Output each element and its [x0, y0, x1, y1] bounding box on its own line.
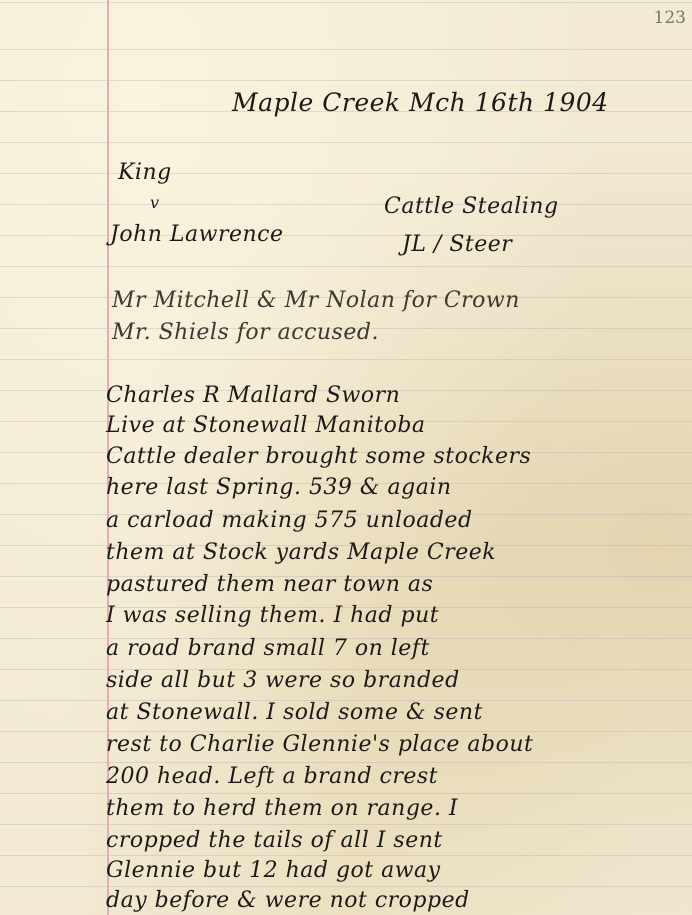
testimony-line: I was selling them. I had put [106, 603, 439, 628]
case-defendant: John Lawrence [110, 222, 284, 247]
testimony-line: them to herd them on range. I [106, 796, 458, 821]
testimony-line: a road brand small 7 on left [106, 636, 430, 661]
testimony-line: Glennie but 12 had got away [106, 858, 441, 883]
case-plaintiff: King [118, 160, 172, 185]
case-charge: Cattle Stealing [384, 194, 559, 219]
counsel-crown: Mr Mitchell & Mr Nolan for Crown [112, 288, 520, 313]
testimony-line: them at Stock yards Maple Creek [106, 540, 496, 565]
testimony-line: side all but 3 were so branded [106, 668, 460, 693]
testimony-line: at Stonewall. I sold some & sent [106, 700, 483, 725]
testimony-line: day before & were not cropped [106, 888, 470, 913]
testimony-line: Cattle dealer brought some stockers [106, 444, 531, 469]
case-versus: v [150, 193, 160, 212]
place-date-heading: Maple Creek Mch 16th 1904 [232, 88, 609, 117]
testimony-line: pastured them near town as [106, 572, 433, 597]
testimony-line: Live at Stonewall Manitoba [106, 413, 426, 438]
page-number: 123 [654, 8, 686, 28]
case-count: JL / Steer [402, 232, 512, 257]
counsel-accused: Mr. Shiels for accused. [112, 320, 379, 345]
testimony-line: 200 head. Left a brand crest [106, 764, 438, 789]
testimony-line: rest to Charlie Glennie's place about [106, 732, 533, 757]
testimony-line: here last Spring. 539 & again [106, 475, 452, 500]
testimony-line: cropped the tails of all I sent [106, 828, 443, 853]
testimony-line: a carload making 575 unloaded [106, 508, 473, 533]
witness-sworn: Charles R Mallard Sworn [106, 383, 400, 408]
